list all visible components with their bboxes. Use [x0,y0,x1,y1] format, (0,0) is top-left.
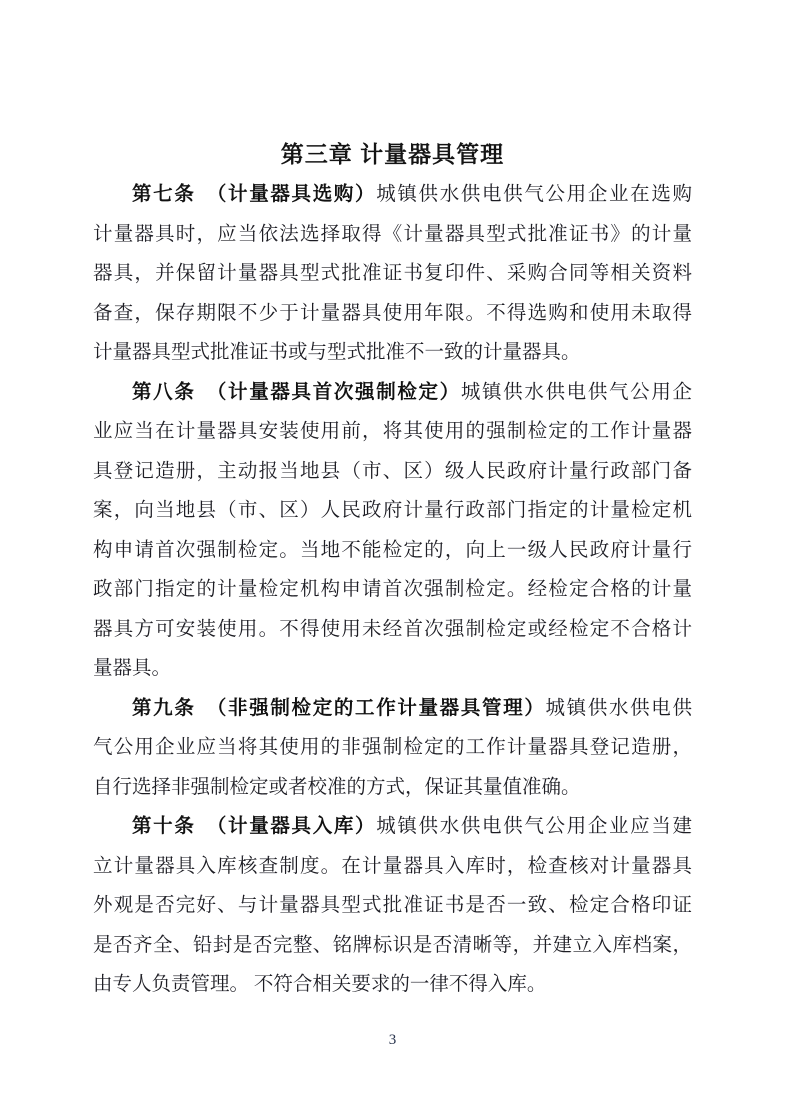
body-line: 具登记造册，主动报当地县（市、区）级人民政府计量行政部门备 [93,452,692,492]
line-text: 气公用企业应当将其使用的非强制检定的工作计量器具登记造册， [93,737,692,758]
line-text: 计量器具时，应当依法选择取得《计量器具型式批准证书》的计量 [93,224,692,245]
body-line: 备查，保存期限不少于计量器具使用年限。不得选购和使用未取得 [93,294,692,334]
article-8-lead: 第八条 （计量器具首次强制检定） [132,382,461,403]
line-text: 由专人负责管理。 不符合相关要求的一律不得入库。 [93,974,546,995]
line-text: 城镇供水供电供气公用企业应当建 [376,816,692,837]
line-text: 是否齐全、铅封是否完整、铭牌标识是否清晰等，并建立入库档案， [93,935,692,956]
body-line: 外观是否完好、与计量器具型式批准证书是否一致、检定合格印证 [93,886,692,926]
line-text: 立计量器具入库核查制度。在计量器具入库时，检查核对计量器具 [93,856,692,877]
body-line: 器具，并保留计量器具型式批准证书复印件、采购合同等相关资料 [93,254,692,294]
body-line: 政部门指定的计量检定机构申请首次强制检定。经检定合格的计量 [93,570,692,610]
line-text: 计量器具型式批准证书或与型式批准不一致的计量器具。 [93,342,581,363]
body-line: 立计量器具入库核查制度。在计量器具入库时，检查核对计量器具 [93,847,692,887]
article-7-lead: 第七条 （计量器具选购） [132,184,376,205]
body-line: 案，向当地县（市、区）人民政府计量行政部门指定的计量检定机 [93,491,692,531]
body-line: 第十条 （计量器具入库）城镇供水供电供气公用企业应当建 [93,807,692,847]
body-line: 构申请首次强制检定。当地不能检定的，向上一级人民政府计量行 [93,531,692,571]
body-line: 业应当在计量器具安装使用前，将其使用的强制检定的工作计量器 [93,412,692,452]
line-text: 构申请首次强制检定。当地不能检定的，向上一级人民政府计量行 [93,540,692,561]
document-body: 第七条 （计量器具选购）城镇供水供电供气公用企业在选购 计量器具时，应当依法选择… [93,175,692,1005]
body-line: 气公用企业应当将其使用的非强制检定的工作计量器具登记造册， [93,728,692,768]
body-line: 第九条 （非强制检定的工作计量器具管理）城镇供水供电供 [93,689,692,729]
line-text: 案，向当地县（市、区）人民政府计量行政部门指定的计量检定机 [93,500,692,521]
line-text: 城镇供水供电供气公用企 [461,382,692,403]
article-9-lead: 第九条 （非强制检定的工作计量器具管理） [132,698,546,719]
line-text: 器具方可安装使用。不得使用未经首次强制检定或经检定不合格计 [93,619,692,640]
line-text: 外观是否完好、与计量器具型式批准证书是否一致、检定合格印证 [93,895,692,916]
line-text: 城镇供水供电供气公用企业在选购 [376,184,692,205]
body-line: 计量器具时，应当依法选择取得《计量器具型式批准证书》的计量 [93,215,692,255]
line-text: 备查，保存期限不少于计量器具使用年限。不得选购和使用未取得 [93,303,692,324]
body-line: 第七条 （计量器具选购）城镇供水供电供气公用企业在选购 [93,175,692,215]
line-text: 器具，并保留计量器具型式批准证书复印件、采购合同等相关资料 [93,263,692,284]
line-text: 城镇供水供电供 [546,698,692,719]
body-line: 量器具。 [93,649,692,689]
article-10-lead: 第十条 （计量器具入库） [132,816,376,837]
line-text: 自行选择非强制检定或者校准的方式，保证其量值准确。 [93,777,581,798]
line-text: 具登记造册，主动报当地县（市、区）级人民政府计量行政部门备 [93,461,692,482]
body-line: 是否齐全、铅封是否完整、铭牌标识是否清晰等，并建立入库档案， [93,926,692,966]
body-line: 器具方可安装使用。不得使用未经首次强制检定或经检定不合格计 [93,610,692,650]
body-line: 由专人负责管理。 不符合相关要求的一律不得入库。 [93,965,692,1005]
document-page: 第三章 计量器具管理 第七条 （计量器具选购）城镇供水供电供气公用企业在选购 计… [0,0,785,1113]
line-text: 业应当在计量器具安装使用前，将其使用的强制检定的工作计量器 [93,421,692,442]
body-line: 计量器具型式批准证书或与型式批准不一致的计量器具。 [93,333,692,373]
chapter-heading: 第三章 计量器具管理 [0,139,785,169]
page-number: 3 [0,1031,785,1049]
line-text: 量器具。 [93,658,171,679]
body-line: 自行选择非强制检定或者校准的方式，保证其量值准确。 [93,768,692,808]
line-text: 政部门指定的计量检定机构申请首次强制检定。经检定合格的计量 [93,579,692,600]
body-line: 第八条 （计量器具首次强制检定）城镇供水供电供气公用企 [93,373,692,413]
